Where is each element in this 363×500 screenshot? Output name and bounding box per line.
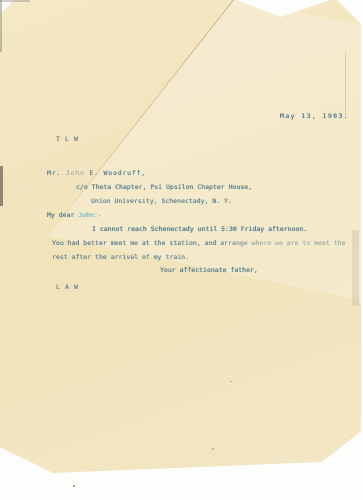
- scan-speck: [212, 448, 214, 450]
- body-line-3: rest after the arrival of my train.: [52, 253, 189, 261]
- salutation-prefix: My dear: [47, 211, 78, 219]
- scan-edge-mark: [0, 0, 2, 52]
- body-line-2: You had better meet me at the station, a…: [52, 239, 346, 247]
- recipient-address-line2: Union University, Schenectady, N. Y.: [91, 197, 232, 205]
- scan-edge-mark: [0, 166, 3, 206]
- scanned-letter-page: May 13, 1903. T L W Mr. John E. Woodruff…: [0, 0, 363, 500]
- letter-date: May 13, 1903.: [280, 112, 349, 120]
- recipient-address-line1: c/o Theta Chapter, Psi Upsilon Chapter H…: [76, 183, 252, 191]
- recipient-name-line: Mr. John E. Woodruff,: [47, 169, 146, 177]
- signature-initials: L A W: [56, 283, 79, 291]
- closing-line: Your affectionate father,: [160, 266, 258, 274]
- scan-streak: [345, 52, 346, 116]
- scan-streak: [352, 230, 359, 306]
- scan-speck: [73, 485, 75, 487]
- salutation: My dear John:-: [47, 211, 102, 219]
- paper-sheet: May 13, 1903. T L W Mr. John E. Woodruff…: [0, 0, 363, 500]
- bottom-right-fold-line: [322, 431, 362, 463]
- salutation-name: John:-: [78, 211, 101, 219]
- fold-highlight-region: [0, 0, 363, 500]
- scan-edge-mark: [0, 0, 30, 2]
- scan-speck: [230, 381, 232, 382]
- typist-initials: T L W: [56, 135, 79, 143]
- body-line-1: I cannot reach Schenectady until 5:30 Fr…: [92, 225, 307, 233]
